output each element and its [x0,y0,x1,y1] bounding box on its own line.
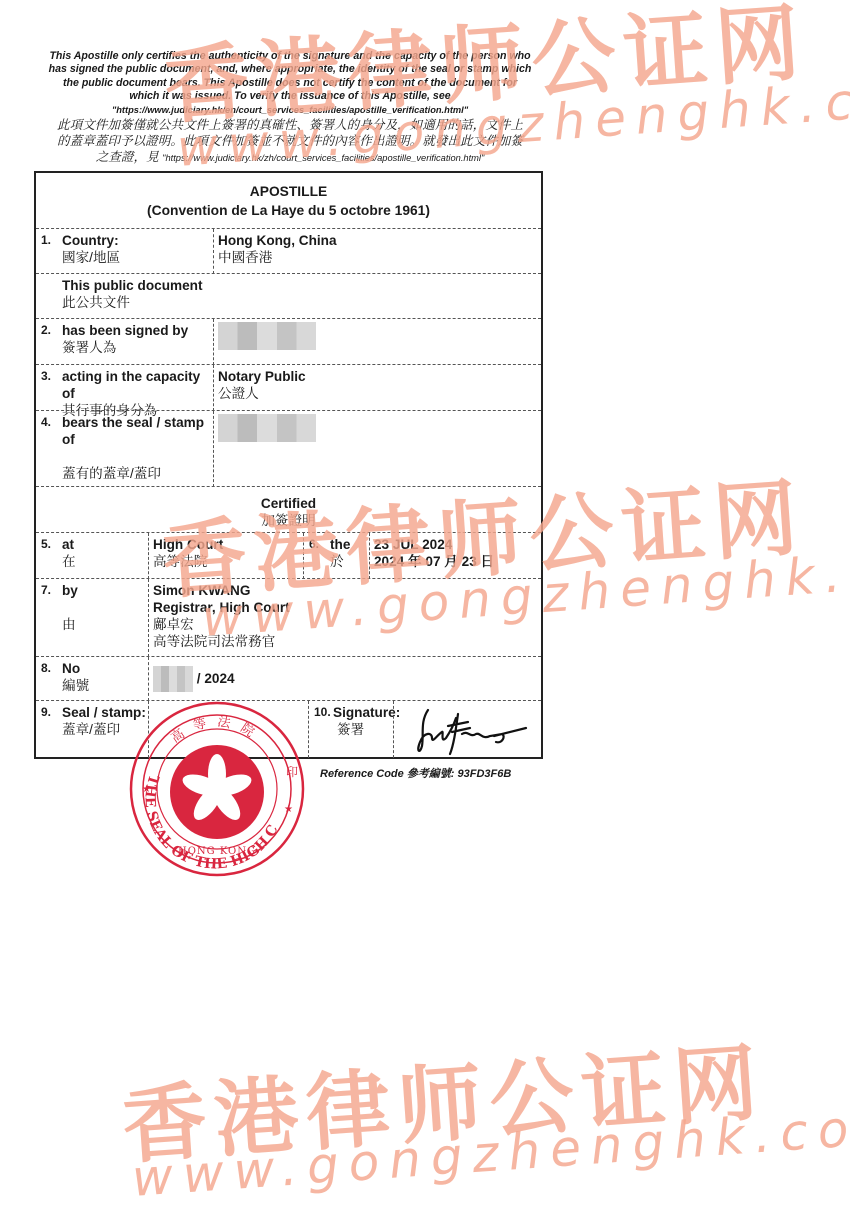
field-number: 5. [41,536,51,553]
verification-url-en[interactable]: "https://www.judiciary.hk/en/court_servi… [40,104,540,117]
capacity-value-en: Notary Public [218,368,537,385]
date-value-zh: 2024 年 07 月 23 日 [374,553,537,570]
label-zh: 在 [62,553,76,570]
disclaimer-zh-line: 此項文件加簽僅就公共文件上簽署的真確性、簽署人的身分及，如適用的話，文件上 [40,117,540,133]
label-en: acting in the capacity of [62,368,213,402]
disclaimer-zh-prefix: 之查證，見 [96,150,159,164]
label-zh: 於 [330,553,350,570]
disclaimer-zh-line: 的蓋章蓋印予以證明。此項文件加簽並不就文件的內容作出證明。就發出此文件加簽 [40,133,540,149]
field-public-document: This public document此公共文件 [36,273,541,319]
label-en: Country: [62,232,120,249]
high-court-seal-icon: THE SEAL OF THE HIGH COURT 高等法院 HONG KON… [128,700,306,878]
apostille-subtitle: (Convention de La Haye du 5 octobre 1961… [36,201,541,220]
field-number: 6. [309,536,319,553]
apostille-title: APOSTILLE [36,182,541,201]
handwritten-signature-icon [398,704,538,758]
watermark-url: www.gongzhenghk.com [130,1095,850,1208]
label-en: No [62,660,89,677]
svg-text:HONG KONG: HONG KONG [178,846,256,857]
certified-zh: 加簽證明 [40,512,537,529]
field-place-date: 5. at在 High Court 高等法院 6. the於 23 JUL 20… [36,532,541,579]
apostille-certificate: APOSTILLE (Convention de La Haye du 5 oc… [34,171,543,759]
label-zh: 此公共文件 [62,294,202,311]
field-seal-of: 4. bears the seal / stamp of蓋有的蓋章/蓋印 [36,410,541,487]
place-value-en: High Court [153,536,299,553]
country-value-zh: 中國香港 [218,249,537,266]
country-value-en: Hong Kong, China [218,232,537,249]
field-number-no: 8. No編號 / 2024 [36,656,541,701]
label-en: by [62,582,78,599]
label-en: Signature: [333,704,400,721]
label-en: has been signed by [62,322,188,339]
redacted-certificate-number [153,666,193,692]
field-number: 1. [41,232,51,249]
verification-url-zh[interactable]: "https://www.judiciary.hk/zh/court_servi… [162,153,484,163]
label-zh: 由 [62,616,78,633]
field-number: 4. [41,414,51,431]
authority-title: Registrar, High Court [153,599,537,616]
label-en: at [62,536,76,553]
signature-area [393,701,541,758]
field-number: 7. [41,582,51,599]
label-zh: 簽署 [333,721,400,738]
label-zh: 簽署人為 [62,339,188,356]
capacity-value-zh: 公證人 [218,385,537,402]
redacted-seal-owner [218,414,316,442]
certified-en: Certified [40,495,537,512]
field-capacity: 3. acting in the capacity of其行事的身分為 Nota… [36,364,541,411]
place-value-zh: 高等法院 [153,553,299,570]
reference-code: Reference Code 參考編號: 93FD3F6B [320,765,511,781]
field-number: 2. [41,322,51,339]
field-number: 9. [41,704,51,721]
field-number: 10. [314,704,331,721]
field-signed-by: 2. has been signed by簽署人為 [36,318,541,365]
authority-name-zh: 鄺卓宏 [153,616,537,633]
apostille-title-block: APOSTILLE (Convention de La Haye du 5 oc… [36,173,541,228]
disclaimer-en-line: the public document bears. This Apostill… [40,77,540,90]
disclaimer-en-line: which it was issued. To verify the issua… [40,90,540,103]
certificate-number-year: / 2024 [197,670,235,687]
field-number: 3. [41,368,51,385]
svg-text:印: 印 [286,765,298,779]
certified-heading: Certified 加簽證明 [36,486,541,533]
disclaimer-en-line: This Apostille only certifies the authen… [40,50,540,63]
redacted-signer-name [218,322,316,350]
date-value-en: 23 JUL 2024 [374,536,537,553]
label-zh: 蓋有的蓋章/蓋印 [62,465,213,482]
authority-name: Simon KWANG [153,582,537,599]
field-by: 7. by由 Simon KWANG Registrar, High Court… [36,578,541,657]
svg-text:★: ★ [142,784,151,795]
svg-text:高等法院: 高等法院 [168,714,265,747]
svg-text:★: ★ [284,804,293,815]
label-zh: 國家/地區 [62,249,120,266]
authority-title-zh: 高等法院司法常務官 [153,633,537,650]
watermark-zh: 香港律师公证网 [118,1015,769,1181]
field-country: 1. Country:國家/地區 Hong Kong, China 中國香港 [36,228,541,274]
field-number: 8. [41,660,51,677]
label-zh: 編號 [62,677,89,694]
label-en: This public document [62,277,202,294]
disclaimer-en-line: has signed the public document, and, whe… [40,63,540,76]
apostille-disclaimer: This Apostille only certifies the authen… [40,50,540,166]
label-en: the [330,536,350,553]
label-en: bears the seal / stamp of [62,414,213,448]
